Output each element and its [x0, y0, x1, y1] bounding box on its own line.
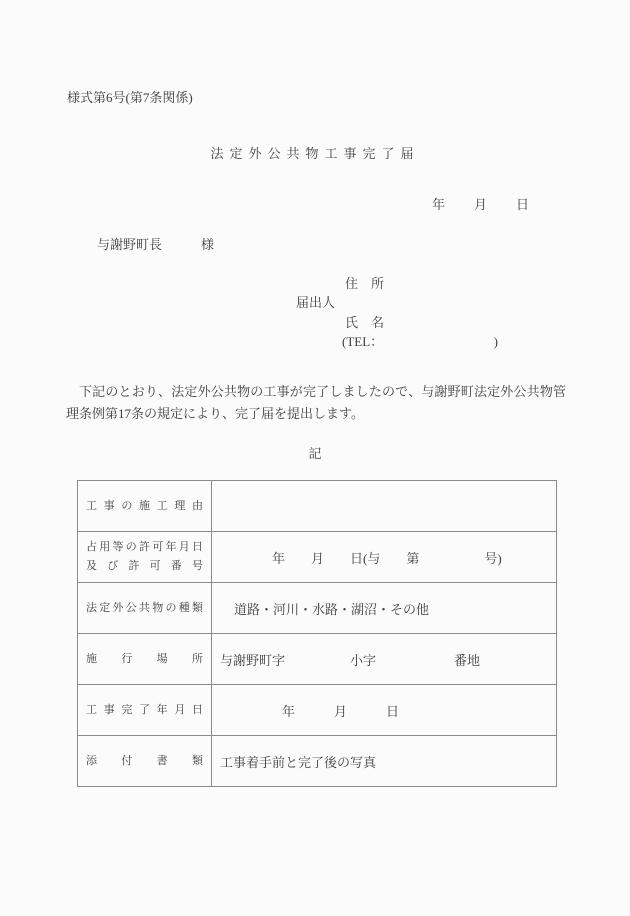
table-row-attachments: 添付書類 工事着手前と完了後の写真: [78, 736, 557, 787]
row-value: 道路・河川・水路・湖沼・その他: [212, 583, 557, 634]
row-value: 年 月 日(与 第 号): [212, 532, 557, 583]
body-paragraph: 下記のとおり、法定外公共物の工事が完了しましたので、与謝野町法定外公共物管理条例…: [66, 381, 566, 425]
table-row-completion-date: 工事完了年月日 年 月 日: [78, 685, 557, 736]
row-label: 施行場所: [78, 634, 212, 685]
applicant-address-label: 住 所: [345, 273, 384, 292]
row-value: 年 月 日: [212, 685, 557, 736]
date-line: 年 月 日: [432, 194, 530, 213]
ki-heading: 記: [0, 443, 630, 462]
addressee-line: 与謝野町長 様: [97, 234, 214, 253]
document-title: 法定外公共物工事完了届: [0, 143, 630, 162]
applicant-name-label: 氏 名: [345, 312, 384, 331]
table-row-property-type: 法定外公共物の種類 道路・河川・水路・湖沼・その他: [78, 583, 557, 634]
applicant-role-label: 届出人: [296, 292, 335, 311]
table-row-location: 施行場所 与謝野町字 小字 番地: [78, 634, 557, 685]
document-page: 様式第6号(第7条関係) 法定外公共物工事完了届 年 月 日 与謝野町長 様 住…: [0, 0, 630, 916]
row-value: 与謝野町字 小字 番地: [212, 634, 557, 685]
row-label: 添付書類: [78, 736, 212, 787]
applicant-tel-label: (TEL： ): [342, 331, 498, 350]
row-label: 占用等の許可年月日 及び許可番号: [78, 532, 212, 583]
table-row-construction-reason: 工事の施工理由: [78, 481, 557, 532]
row-value: [212, 481, 557, 532]
form-table: 工事の施工理由 占用等の許可年月日 及び許可番号 年 月 日(与 第 号) 法定…: [77, 480, 557, 787]
row-label: 工事の施工理由: [78, 481, 212, 532]
form-number: 様式第6号(第7条関係): [67, 87, 193, 106]
row-label: 工事完了年月日: [78, 685, 212, 736]
row-label: 法定外公共物の種類: [78, 583, 212, 634]
table-row-permit-date-number: 占用等の許可年月日 及び許可番号 年 月 日(与 第 号): [78, 532, 557, 583]
row-value: 工事着手前と完了後の写真: [212, 736, 557, 787]
